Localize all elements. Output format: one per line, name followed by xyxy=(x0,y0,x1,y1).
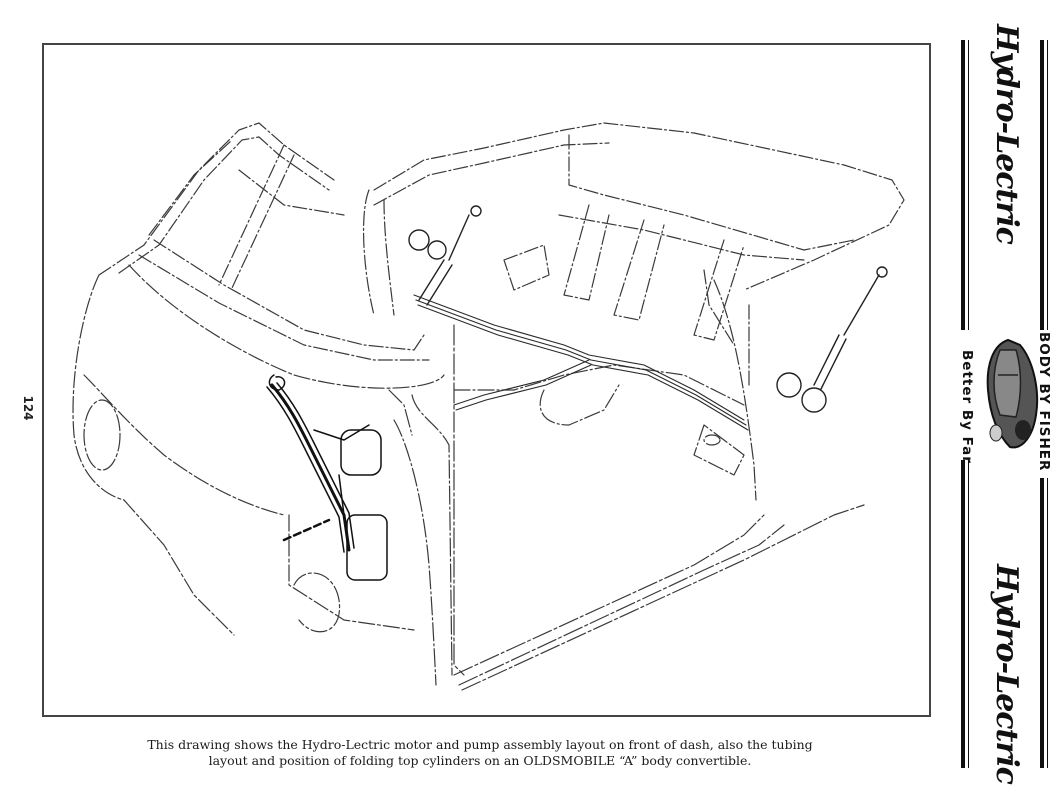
sidebar-left-stripe-top xyxy=(961,40,965,330)
fisher-body-coach-emblem-icon xyxy=(978,335,1044,455)
sidebar-left-stripe-top-thin xyxy=(968,40,969,330)
cowl-and-fender xyxy=(73,265,444,635)
figure-frame xyxy=(42,43,931,717)
caption-line-2: layout and position of folding top cylin… xyxy=(100,753,860,769)
sidebar-right-stripe-top xyxy=(1040,40,1044,330)
hydro-lectric-pump-assembly xyxy=(267,375,387,580)
top-cylinder-right xyxy=(777,267,887,412)
sidebar-right-stripe-top-thin xyxy=(1047,40,1048,330)
sidebar-right-stripe-bottom xyxy=(1040,478,1044,768)
sidebar-right-stripe-bottom-thin xyxy=(1047,478,1048,768)
body-sill xyxy=(454,325,864,690)
sidebar-left-stripe-bottom xyxy=(961,460,965,768)
figure-caption: This drawing shows the Hydro-Lectric mot… xyxy=(100,737,860,769)
tubing-lines xyxy=(414,295,748,430)
caption-line-1: This drawing shows the Hydro-Lectric mot… xyxy=(100,737,860,753)
page-number: 124 xyxy=(15,393,35,423)
rear-body-panel xyxy=(454,280,756,500)
sidebar-script-title-top: Hydro-Lectric xyxy=(986,14,1026,254)
sidebar-left-stripe-bottom-thin xyxy=(968,460,969,768)
brand-slogan-better-by-far: Better By Far xyxy=(959,350,975,464)
sidebar-script-title-bottom: Hydro-Lectric xyxy=(986,554,1026,794)
top-cylinder-left xyxy=(409,206,481,305)
windshield-frame xyxy=(99,123,429,360)
convertible-body-drawing xyxy=(44,45,929,715)
door-pillar xyxy=(389,390,452,685)
